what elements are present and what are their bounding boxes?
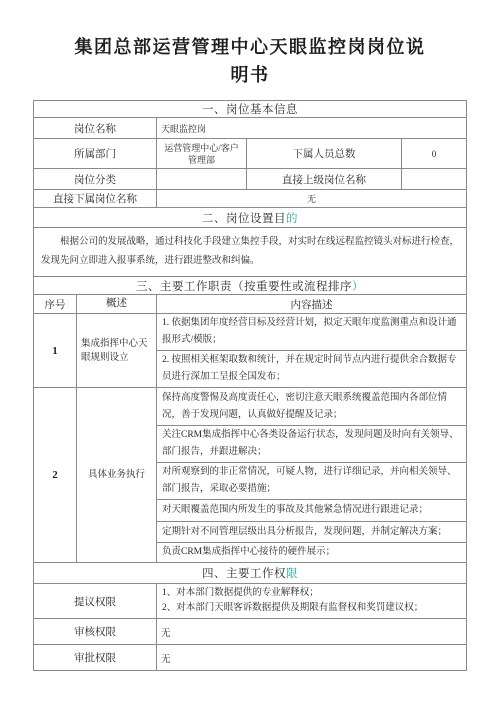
review-authority-label: 审核权限	[34, 619, 156, 644]
document-title-line2: 明书	[0, 61, 500, 89]
duty-1-summary: 集成指挥中心天眼规则设立	[76, 314, 156, 387]
superior-position-value	[401, 169, 466, 189]
category-row: 岗位分类 直接上级岗位名称	[34, 168, 466, 189]
department-label: 所属部门	[34, 139, 156, 168]
document-title: 集团总部运营管理中心天眼监控岗岗位说 明书	[0, 33, 500, 89]
section4-header-tail: 限	[286, 565, 298, 581]
propose-authority-row: 提议权限 1、对本部门数据提供的专业解释权； 2、对本部门天眼客诉数据提供及期限…	[34, 583, 466, 618]
review-authority-value: 无	[156, 619, 466, 644]
position-name-value: 天眼监控岗	[156, 118, 466, 138]
duties-col-summary: 概述	[76, 295, 156, 313]
review-authority-row: 审核权限 无	[34, 618, 466, 644]
department-row: 所属部门 运营管理中心/客户管理部 下属人员总数 0	[34, 138, 466, 168]
duty-row-1: 1 集成指挥中心天眼规则设立 1. 依据集团年度经营目标及经营计划，拟定天眼年度…	[34, 313, 466, 387]
duty-1-no: 1	[34, 314, 76, 387]
purpose-row: 根据公司的发展战略，通过科技化手段建立集控手段，对实时在线远程监控镜头对标进行检…	[34, 227, 466, 276]
subordinate-total-value: 0	[401, 139, 466, 168]
category-value	[156, 169, 246, 189]
section4-header-text: 四、主要工作权	[202, 565, 286, 581]
duty-2-summary: 具体业务执行	[76, 388, 156, 562]
purpose-text: 根据公司的发展战略，通过科技化手段建立集控手段，对实时在线远程监控镜头对标进行检…	[34, 228, 466, 276]
subordinate-total-label: 下属人员总数	[246, 139, 401, 168]
position-name-label: 岗位名称	[34, 118, 156, 138]
section2-header: 二、岗位设置目的	[34, 208, 466, 227]
section2-header-tail: 的	[286, 210, 298, 226]
approve-authority-label: 审批权限	[34, 645, 156, 670]
duties-col-no: 序号	[34, 295, 76, 313]
duty-1-item-1: 1. 依据集团年度经营目标及经营计划，拟定天眼年度监测重点和设计通报形式/模版；	[157, 314, 466, 350]
document-title-line1: 集团总部运营管理中心天眼监控岗岗位说	[0, 33, 500, 61]
job-description-table: 一、岗位基本信息 岗位名称 天眼监控岗 所属部门 运营管理中心/客户管理部 下属…	[33, 100, 467, 671]
approve-authority-value: 无	[156, 645, 466, 670]
section3-header-tail: ）	[352, 278, 364, 294]
position-name-row: 岗位名称 天眼监控岗	[34, 117, 466, 138]
duty-row-2: 2 具体业务执行 保持高度警惕及高度责任心，密切注意天眼系统覆盖范围内各部位情况…	[34, 387, 466, 562]
section4-header-row: 四、主要工作权限	[34, 562, 466, 583]
duty-2-item-1: 保持高度警惕及高度责任心，密切注意天眼系统覆盖范围内各部位情况，善于发现问题，认…	[157, 388, 466, 425]
duty-1-items: 1. 依据集团年度经营目标及经营计划，拟定天眼年度监测重点和设计通报形式/模版；…	[156, 314, 466, 387]
propose-authority-line1: 1、对本部门数据提供的专业解释权；	[162, 586, 461, 601]
department-value: 运营管理中心/客户管理部	[156, 139, 246, 168]
duty-2-items: 保持高度警惕及高度责任心，密切注意天眼系统覆盖范围内各部位情况，善于发现问题，认…	[156, 388, 466, 562]
propose-authority-value: 1、对本部门数据提供的专业解释权； 2、对本部门天眼客诉数据提供及期限有监督权和…	[156, 584, 466, 618]
duty-2-item-4: 对天眼覆盖范围内所发生的事故及其他紧急情况进行跟进记录；	[157, 499, 466, 521]
superior-position-label: 直接上级岗位名称	[246, 169, 401, 189]
section3-header: 三、主要工作职责（按重要性或流程排序）	[34, 277, 466, 294]
duty-2-item-3: 对所观察到的非正常情况，可疑人物，进行详细记录，并向相关领导、部门报告，采取必要…	[157, 462, 466, 499]
direct-subordinate-label: 直接下属岗位名称	[34, 190, 156, 207]
direct-subordinate-row: 直接下属岗位名称 无	[34, 189, 466, 207]
section4-header: 四、主要工作权限	[34, 563, 466, 583]
section1-header: 一、岗位基本信息	[34, 101, 466, 117]
duty-2-item-2: 关注CRM集成指挥中心各类设备运行状态，发现问题及时向有关领导、部门报告，并跟进…	[157, 425, 466, 462]
direct-subordinate-value: 无	[156, 190, 466, 207]
duty-2-no: 2	[34, 388, 76, 562]
duty-2-item-6: 负责CRM集成指挥中心接待的硬件展示；	[157, 542, 466, 562]
section3-header-text: 三、主要工作职责（按重要性或流程排序	[136, 278, 352, 294]
category-label: 岗位分类	[34, 169, 156, 189]
propose-authority-label: 提议权限	[34, 584, 156, 618]
section1-header-row: 一、岗位基本信息	[34, 101, 466, 117]
approve-authority-row: 审批权限 无	[34, 644, 466, 670]
section2-header-row: 二、岗位设置目的	[34, 207, 466, 227]
section3-header-row: 三、主要工作职责（按重要性或流程排序）	[34, 276, 466, 294]
duty-2-item-5: 定期针对不同管理层级出具分析报告，发现问题，并制定解决方案；	[157, 521, 466, 542]
section2-header-text: 二、岗位设置目	[202, 210, 286, 226]
propose-authority-line2: 2、对本部门天眼客诉数据提供及期限有监督权和奖罚建议权；	[162, 601, 461, 616]
duty-1-item-2: 2. 按照相关框架取数和统计，并在规定时间节点内进行提供余合数据专员进行深加工呈…	[157, 350, 466, 387]
duties-col-desc: 内容描述	[156, 295, 466, 313]
duties-column-header-row: 序号 概述 内容描述	[34, 294, 466, 313]
document-page: 集团总部运营管理中心天眼监控岗岗位说 明书 一、岗位基本信息 岗位名称 天眼监控…	[0, 0, 500, 707]
